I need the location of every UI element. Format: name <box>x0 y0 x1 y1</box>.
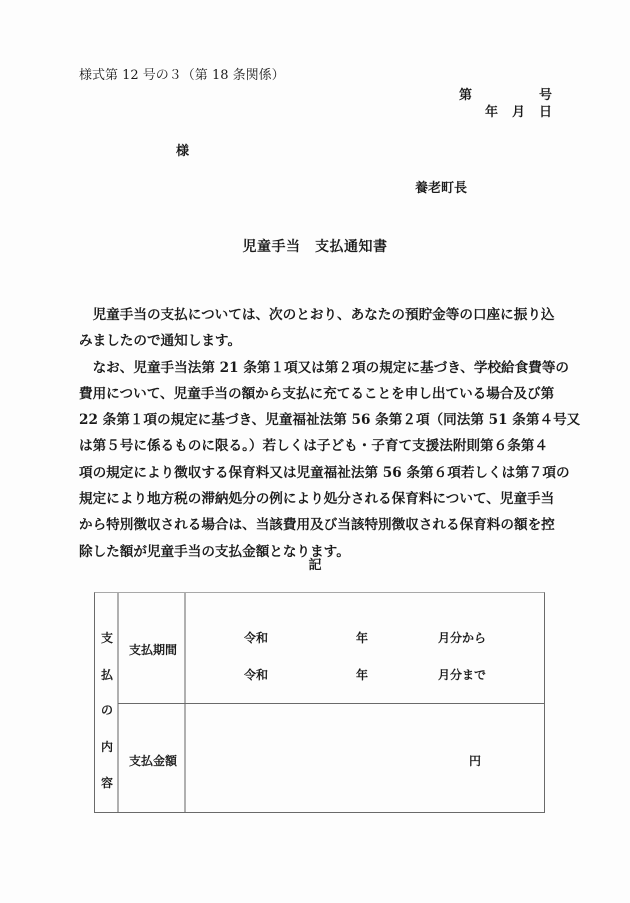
period-from-year: 年 <box>356 629 368 646</box>
period-to-era: 令和 <box>244 666 268 683</box>
period-to-month: 月分まで <box>438 666 486 683</box>
amount-unit: 円 <box>469 752 481 769</box>
body-line: 22 条第１項の規定に基づき、児童福祉法第 56 条第２項（同法第 51 条第４… <box>79 407 554 433</box>
body-line: なお、児童手当法第 21 条第１項又は第２項の規定に基づき、学校給食費等の <box>79 355 554 381</box>
doc-number-prefix: 第 <box>459 84 472 103</box>
form-id: 様式第 12 号の３（第 18 条関係） <box>79 64 285 83</box>
side-label-char: の <box>99 701 115 718</box>
date-day: 日 <box>539 101 566 120</box>
side-label-char: 内 <box>99 738 115 755</box>
recipient-honorific: 様 <box>176 140 189 159</box>
issue-date: 年月日 <box>485 101 566 120</box>
payment-details-table: 支 払 の 内 容 支払期間 令和 年 月分から 令和 年 月分まで 支払金額 … <box>94 592 545 813</box>
date-year: 年 <box>485 101 512 120</box>
period-from-era: 令和 <box>244 629 268 646</box>
issuer: 養老町長 <box>415 177 467 196</box>
payment-period-label: 支払期間 <box>129 641 177 658</box>
body-line: みましたので通知します。 <box>79 328 554 354</box>
document-title: 児童手当 支払通知書 <box>0 236 630 256</box>
period-from-month: 月分から <box>438 629 486 646</box>
payment-amount-label: 支払金額 <box>129 752 177 769</box>
date-month: 月 <box>512 101 539 120</box>
side-label-char: 払 <box>99 666 115 683</box>
side-label-char: 容 <box>99 774 115 791</box>
body-line: 項の規定により徴収する保育料又は児童福祉法第 56 条第６項若しくは第７項の <box>79 460 554 486</box>
paragraph-1: 児童手当の支払については、次のとおり、あなたの預貯金等の口座に振り込 みましたの… <box>79 302 554 355</box>
paragraph-2: なお、児童手当法第 21 条第１項又は第２項の規定に基づき、学校給食費等の 費用… <box>79 355 554 565</box>
body-text: 児童手当の支払については、次のとおり、あなたの預貯金等の口座に振り込 みましたの… <box>79 302 554 565</box>
body-line: 児童手当の支払については、次のとおり、あなたの預貯金等の口座に振り込 <box>79 302 554 328</box>
row-divider <box>118 703 544 704</box>
body-line: 規定により地方税の滞納処分の例により処分される保育料について、児童手当 <box>79 486 554 512</box>
body-line: 費用について、児童手当の額から支払に充てることを申し出ている場合及び第 <box>79 381 554 407</box>
body-line: は第５号に係るものに限る。）若しくは子ども・子育て支援法附則第６条第４ <box>79 433 554 459</box>
body-line: から特別徴収される場合は、当該費用及び当該特別徴収される保育料の額を控 <box>79 512 554 538</box>
period-to-year: 年 <box>356 666 368 683</box>
side-label-char: 支 <box>99 629 115 646</box>
ki-heading: 記 <box>0 554 630 573</box>
